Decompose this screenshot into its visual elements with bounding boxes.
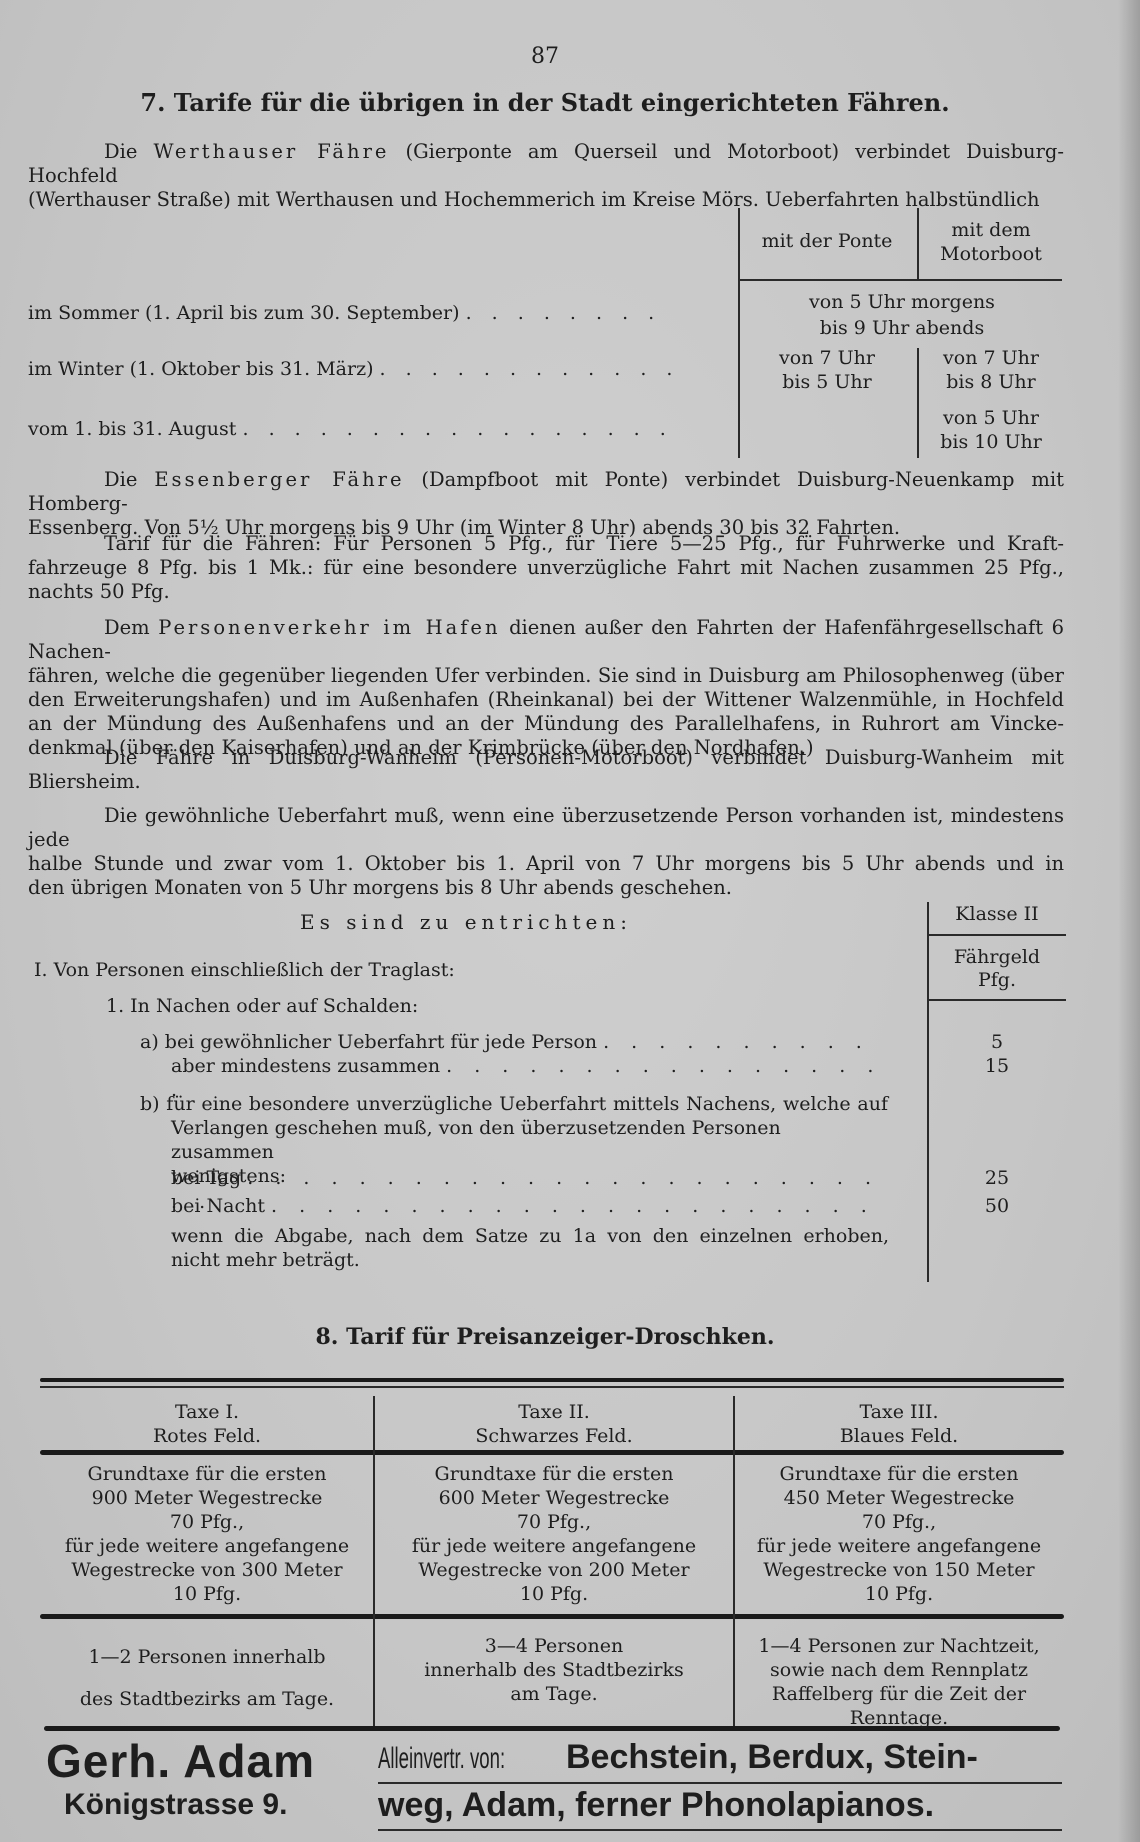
wanheim-paragraph: Die Fähre in Duisburg-Wanheim (Personen-… (28, 746, 1064, 794)
col-fare-header-2: Pfg. (928, 968, 1066, 992)
werthauser-line2: (Werthauser Straße) mit Werthausen und H… (28, 188, 1064, 212)
taxe-1-fare: Grundtaxe für die ersten900 Meter Wegest… (42, 1462, 372, 1606)
harbour-paragraph: Dem Personenverkehr im Hafen dienen auße… (28, 616, 1064, 760)
harbour-name: Personenverkehr im Hafen (158, 616, 500, 639)
schedule-divider-left (738, 208, 740, 458)
fee-row-a: a) bei gewöhnlicher Ueberfahrt für jede … (140, 1030, 900, 1054)
crossing-rules-paragraph: Die gewöhnliche Ueberfahrt muß, wenn ein… (28, 804, 1064, 900)
werthauser-prefix: Die (104, 140, 137, 163)
winter-motor-2: bis 8 Uhr (920, 370, 1062, 394)
schedule-divider-mid-bottom (917, 348, 919, 458)
ad-line-2: weg, Adam, ferner Phonolapianos. (378, 1786, 934, 1825)
section-8-title: 8. Tarif für Preisanzeiger-Droschken. (0, 1324, 1090, 1350)
essenberger-name: Essenberger Fähre (154, 468, 404, 491)
droschken-body-rule (40, 1614, 1064, 1619)
droschken-divider-2 (733, 1396, 735, 1726)
col-motorboot-header-2: Motorboot (920, 242, 1062, 266)
schedule-row-august-label: vom 1. bis 31. August . . . . . . . . . … (28, 418, 708, 440)
col-class-header: Klasse II (928, 902, 1066, 926)
taxe-3-header: Taxe III.Blaues Feld. (736, 1400, 1062, 1448)
section-7-title: 7. Tarife für die übrigen in der Stadt e… (0, 88, 1090, 117)
droschken-divider-1 (373, 1396, 375, 1726)
ad-company-name: Gerh. Adam (46, 1734, 315, 1788)
schedule-row-winter-label: im Winter (1. Oktober bis 31. März) . . … (28, 358, 708, 380)
august-motor-2: bis 10 Uhr (920, 430, 1062, 454)
summer-hours-1: von 5 Uhr morgens (742, 290, 1062, 314)
fees-subsection-1: 1. In Nachen oder auf Schalden: (106, 994, 418, 1018)
document-page: 87 7. Tarife für die übrigen in der Stad… (0, 0, 1140, 1842)
ad-address: Königstrasse 9. (64, 1788, 287, 1822)
taxe-1-header: Taxe I.Rotes Feld. (42, 1400, 372, 1448)
taxe-2-fare: Grundtaxe für die ersten600 Meter Wegest… (376, 1462, 732, 1606)
col-motorboot-header-1: mit dem (920, 218, 1062, 242)
ad-lead: Alleinvertr. von: (378, 1742, 446, 1776)
summer-hours-2: bis 9 Uhr abends (742, 316, 1062, 340)
fees-heading: Es sind zu entrichten: (300, 910, 632, 934)
august-motor-1: von 5 Uhr (920, 406, 1062, 430)
fee-value-a: 5 (928, 1030, 1066, 1054)
ad-rule-1 (378, 1782, 1062, 1784)
fee-value-day: 25 (928, 1166, 1066, 1190)
schedule-divider-mid-top (917, 208, 919, 280)
winter-motor-1: von 7 Uhr (920, 346, 1062, 370)
page-number: 87 (0, 44, 1090, 69)
winter-ponte-2: bis 5 Uhr (742, 370, 912, 394)
taxe-1-scope: 1—2 Personen innerhalbdes Stadtbezirks a… (42, 1636, 372, 1720)
taxe-2-scope: 3—4 Personeninnerhalb des Stadtbezirks a… (376, 1634, 732, 1706)
winter-ponte-1: von 7 Uhr (742, 346, 912, 370)
fees-header-rule-2 (928, 999, 1066, 1001)
page-edge-shadow (1118, 0, 1140, 1842)
essenberger-paragraph: Die Essenberger Fähre (Dampfboot mit Pon… (28, 468, 1064, 540)
ad-rule-2 (378, 1829, 1062, 1831)
droschken-top-rule (40, 1378, 1064, 1382)
taxe-2-header: Taxe II.Schwarzes Feld. (376, 1400, 732, 1448)
fees-header-rule-1 (928, 934, 1066, 936)
taxe-3-fare: Grundtaxe für die ersten450 Meter Wegest… (736, 1462, 1062, 1606)
taxe-3-scope: 1—4 Personen zur Nachtzeit,sowie nach de… (736, 1634, 1062, 1730)
ad-line-1: Alleinvertr. von:Bechstein, Berdux, Stei… (378, 1738, 1064, 1777)
col-ponte-header: mit der Ponte (742, 229, 912, 253)
droschken-top-rule-thin (40, 1386, 1064, 1388)
werthauser-paragraph: Die Werthauser Fähre (Gierponte am Quers… (28, 140, 1064, 212)
fees-section-I: I. Von Personen einschließlich der Tragl… (34, 958, 455, 982)
werthauser-name: Werthauser Fähre (153, 140, 389, 163)
ferry-tariff-paragraph: Tarif für die Fähren: Für Personen 5 Pfg… (28, 532, 1064, 604)
fee-value-a-min: 15 (928, 1054, 1066, 1078)
fee-note: wenn die Abgabe, nach dem Satze zu 1a vo… (171, 1224, 889, 1272)
schedule-row-summer-label: im Sommer (1. April bis zum 30. Septembe… (28, 302, 708, 324)
droschken-header-rule (40, 1450, 1064, 1455)
schedule-header-rule (740, 279, 1062, 281)
fee-value-night: 50 (928, 1194, 1066, 1218)
col-fare-header-1: Fährgeld (928, 945, 1066, 969)
